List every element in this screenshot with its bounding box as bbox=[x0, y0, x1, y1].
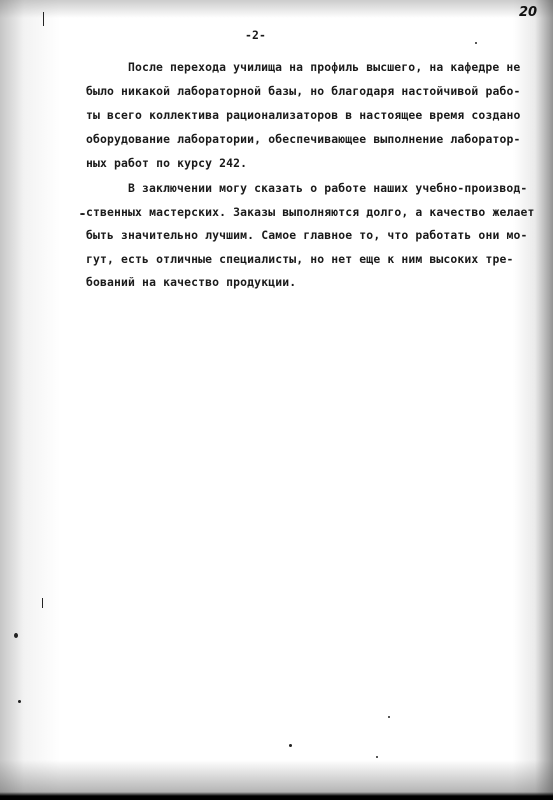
archive-sheet-number: 20 bbox=[519, 5, 537, 20]
paragraph-2-line-4: гут, есть отличные специалисты, но нет е… bbox=[86, 254, 513, 265]
scan-shadow-top bbox=[0, 0, 553, 18]
page-number: -2- bbox=[245, 30, 266, 41]
paragraph-2-line-5: бований на качество продукции. bbox=[86, 277, 296, 288]
scan-speck bbox=[18, 700, 21, 703]
scan-speck bbox=[376, 756, 378, 758]
scan-mark bbox=[42, 598, 43, 608]
paragraph-1-line-4: оборудование лаборатории, обеспечивающее… bbox=[86, 134, 520, 145]
scan-speck bbox=[388, 716, 390, 718]
scan-speck bbox=[475, 42, 477, 44]
paragraph-1-line-5: ных работ по курсу 242. bbox=[86, 158, 247, 169]
paragraph-1-line-3: ты всего коллектива рационализаторов в н… bbox=[86, 110, 520, 121]
scan-shadow-left bbox=[0, 0, 60, 800]
paragraph-2-line-1: В заключении могу сказать о работе наших… bbox=[128, 183, 527, 194]
paragraph-1-line-1: После перехода училища на профиль высшег… bbox=[128, 62, 520, 73]
scan-shadow-bottom bbox=[0, 760, 553, 800]
document-page: 20 -2- После перехода училища на профиль… bbox=[0, 0, 553, 800]
paragraph-2-line-2: ственных мастерских. Заказы выполняются … bbox=[86, 207, 535, 218]
scan-speck bbox=[14, 633, 18, 638]
scan-mark bbox=[43, 12, 44, 26]
scan-speck bbox=[80, 213, 85, 215]
paragraph-2-line-3: быть значительно лучшим. Самое главное т… bbox=[86, 230, 528, 241]
paragraph-1-line-2: было никакой лабораторной базы, но благо… bbox=[86, 86, 520, 97]
scan-speck bbox=[289, 744, 292, 747]
